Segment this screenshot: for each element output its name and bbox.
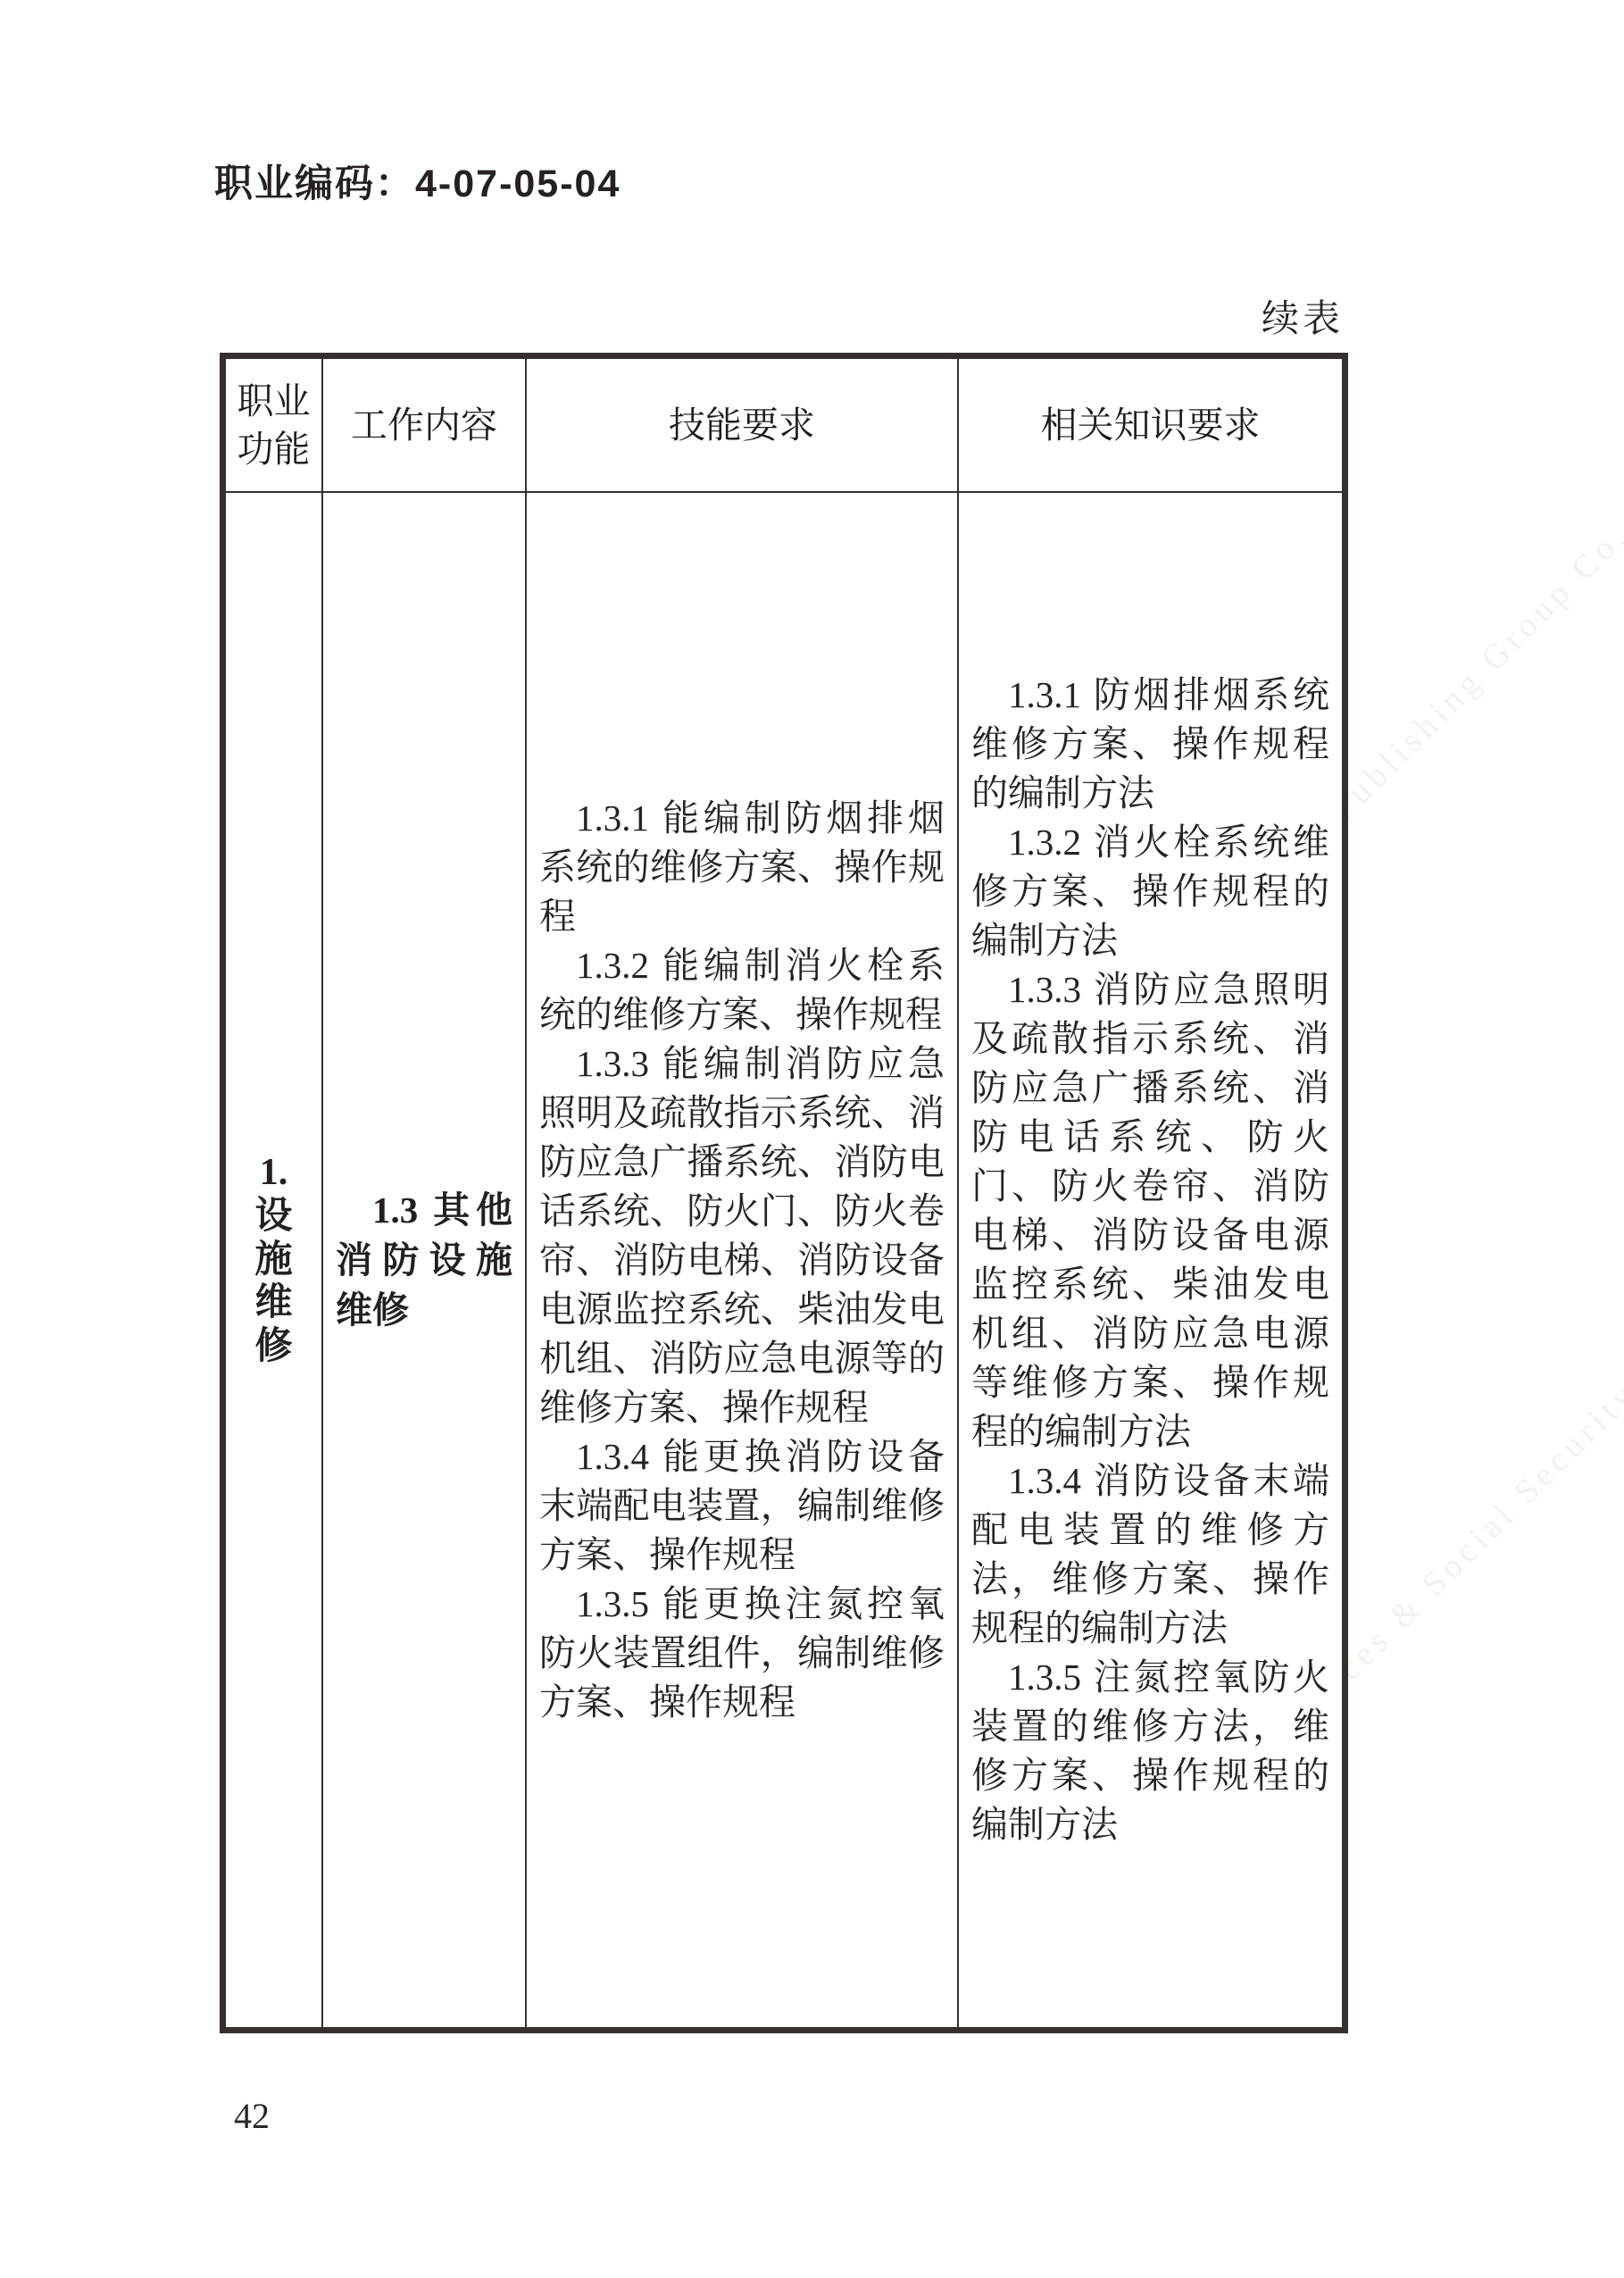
requirement-item: 1.3.2 能编制消火栓系统的维修方案、操作规程	[539, 941, 945, 1039]
occupational-standard-table: 职业功能 工作内容 技能要求 相关知识要求 1. 设 施 维 修 1.3 其他消…	[220, 353, 1348, 2033]
header-work-content: 工作内容	[323, 359, 527, 491]
document-page: 职业编码：4-07-05-04 续表 中国人力资源和社会保障出版集团 China…	[0, 0, 1624, 2278]
occupational-function-value: 1. 设 施 维 修	[254, 1151, 292, 1369]
requirement-item: 1.3.3 消防应急照明及疏散指示系统、消防应急广播系统、消防电话系统、防火门、…	[971, 965, 1329, 1456]
header-knowledge-requirements-label: 相关知识要求	[1041, 401, 1261, 449]
cell-work-content: 1.3 其他消防设施维修	[323, 493, 527, 2027]
requirement-item: 1.3.2 消火栓系统维修方案、操作规程的编制方法	[971, 818, 1329, 965]
table-header-row: 职业功能 工作内容 技能要求 相关知识要求	[226, 359, 1342, 493]
occupation-code-label: 职业编码：4-07-05-04	[214, 154, 620, 208]
header-skill-requirements: 技能要求	[527, 359, 959, 491]
header-skill-requirements-label: 技能要求	[669, 401, 815, 449]
table-body-row: 1. 设 施 维 修 1.3 其他消防设施维修 1.3.1 能编制防烟排烟系统的…	[226, 493, 1342, 2027]
cell-skill-requirements: 1.3.1 能编制防烟排烟系统的维修方案、操作规程1.3.2 能编制消火栓系统的…	[527, 493, 959, 2027]
continued-table-label: 续表	[1262, 289, 1344, 343]
requirement-item: 1.3.3 能编制消防应急照明及疏散指示系统、消防应急广播系统、消防电话系统、防…	[539, 1039, 945, 1432]
page-number: 42	[234, 2095, 270, 2137]
requirement-item: 1.3.4 消防设备末端配电装置的维修方法，维修方案、操作规程的编制方法	[971, 1456, 1329, 1653]
header-occupational-function: 职业功能	[226, 359, 323, 491]
work-content-value: 1.3 其他消防设施维修	[336, 1185, 512, 1335]
cell-knowledge-requirements: 1.3.1 防烟排烟系统维修方案、操作规程的编制方法1.3.2 消火栓系统维修方…	[959, 493, 1342, 2027]
cell-occupational-function: 1. 设 施 维 修	[226, 493, 323, 2027]
requirement-item: 1.3.1 防烟排烟系统维修方案、操作规程的编制方法	[971, 671, 1329, 818]
requirement-item: 1.3.1 能编制防烟排烟系统的维修方案、操作规程	[539, 794, 945, 941]
requirement-item: 1.3.4 能更换消防设备末端配电装置，编制维修方案、操作规程	[539, 1432, 945, 1580]
header-knowledge-requirements: 相关知识要求	[959, 359, 1342, 491]
requirement-item: 1.3.5 注氮控氧防火装置的维修方法，维修方案、操作规程的编制方法	[971, 1653, 1329, 1849]
requirement-item: 1.3.5 能更换注氮控氧防火装置组件，编制维修方案、操作规程	[539, 1580, 945, 1727]
header-work-content-label: 工作内容	[351, 401, 497, 449]
header-occupational-function-label: 职业功能	[233, 377, 315, 473]
